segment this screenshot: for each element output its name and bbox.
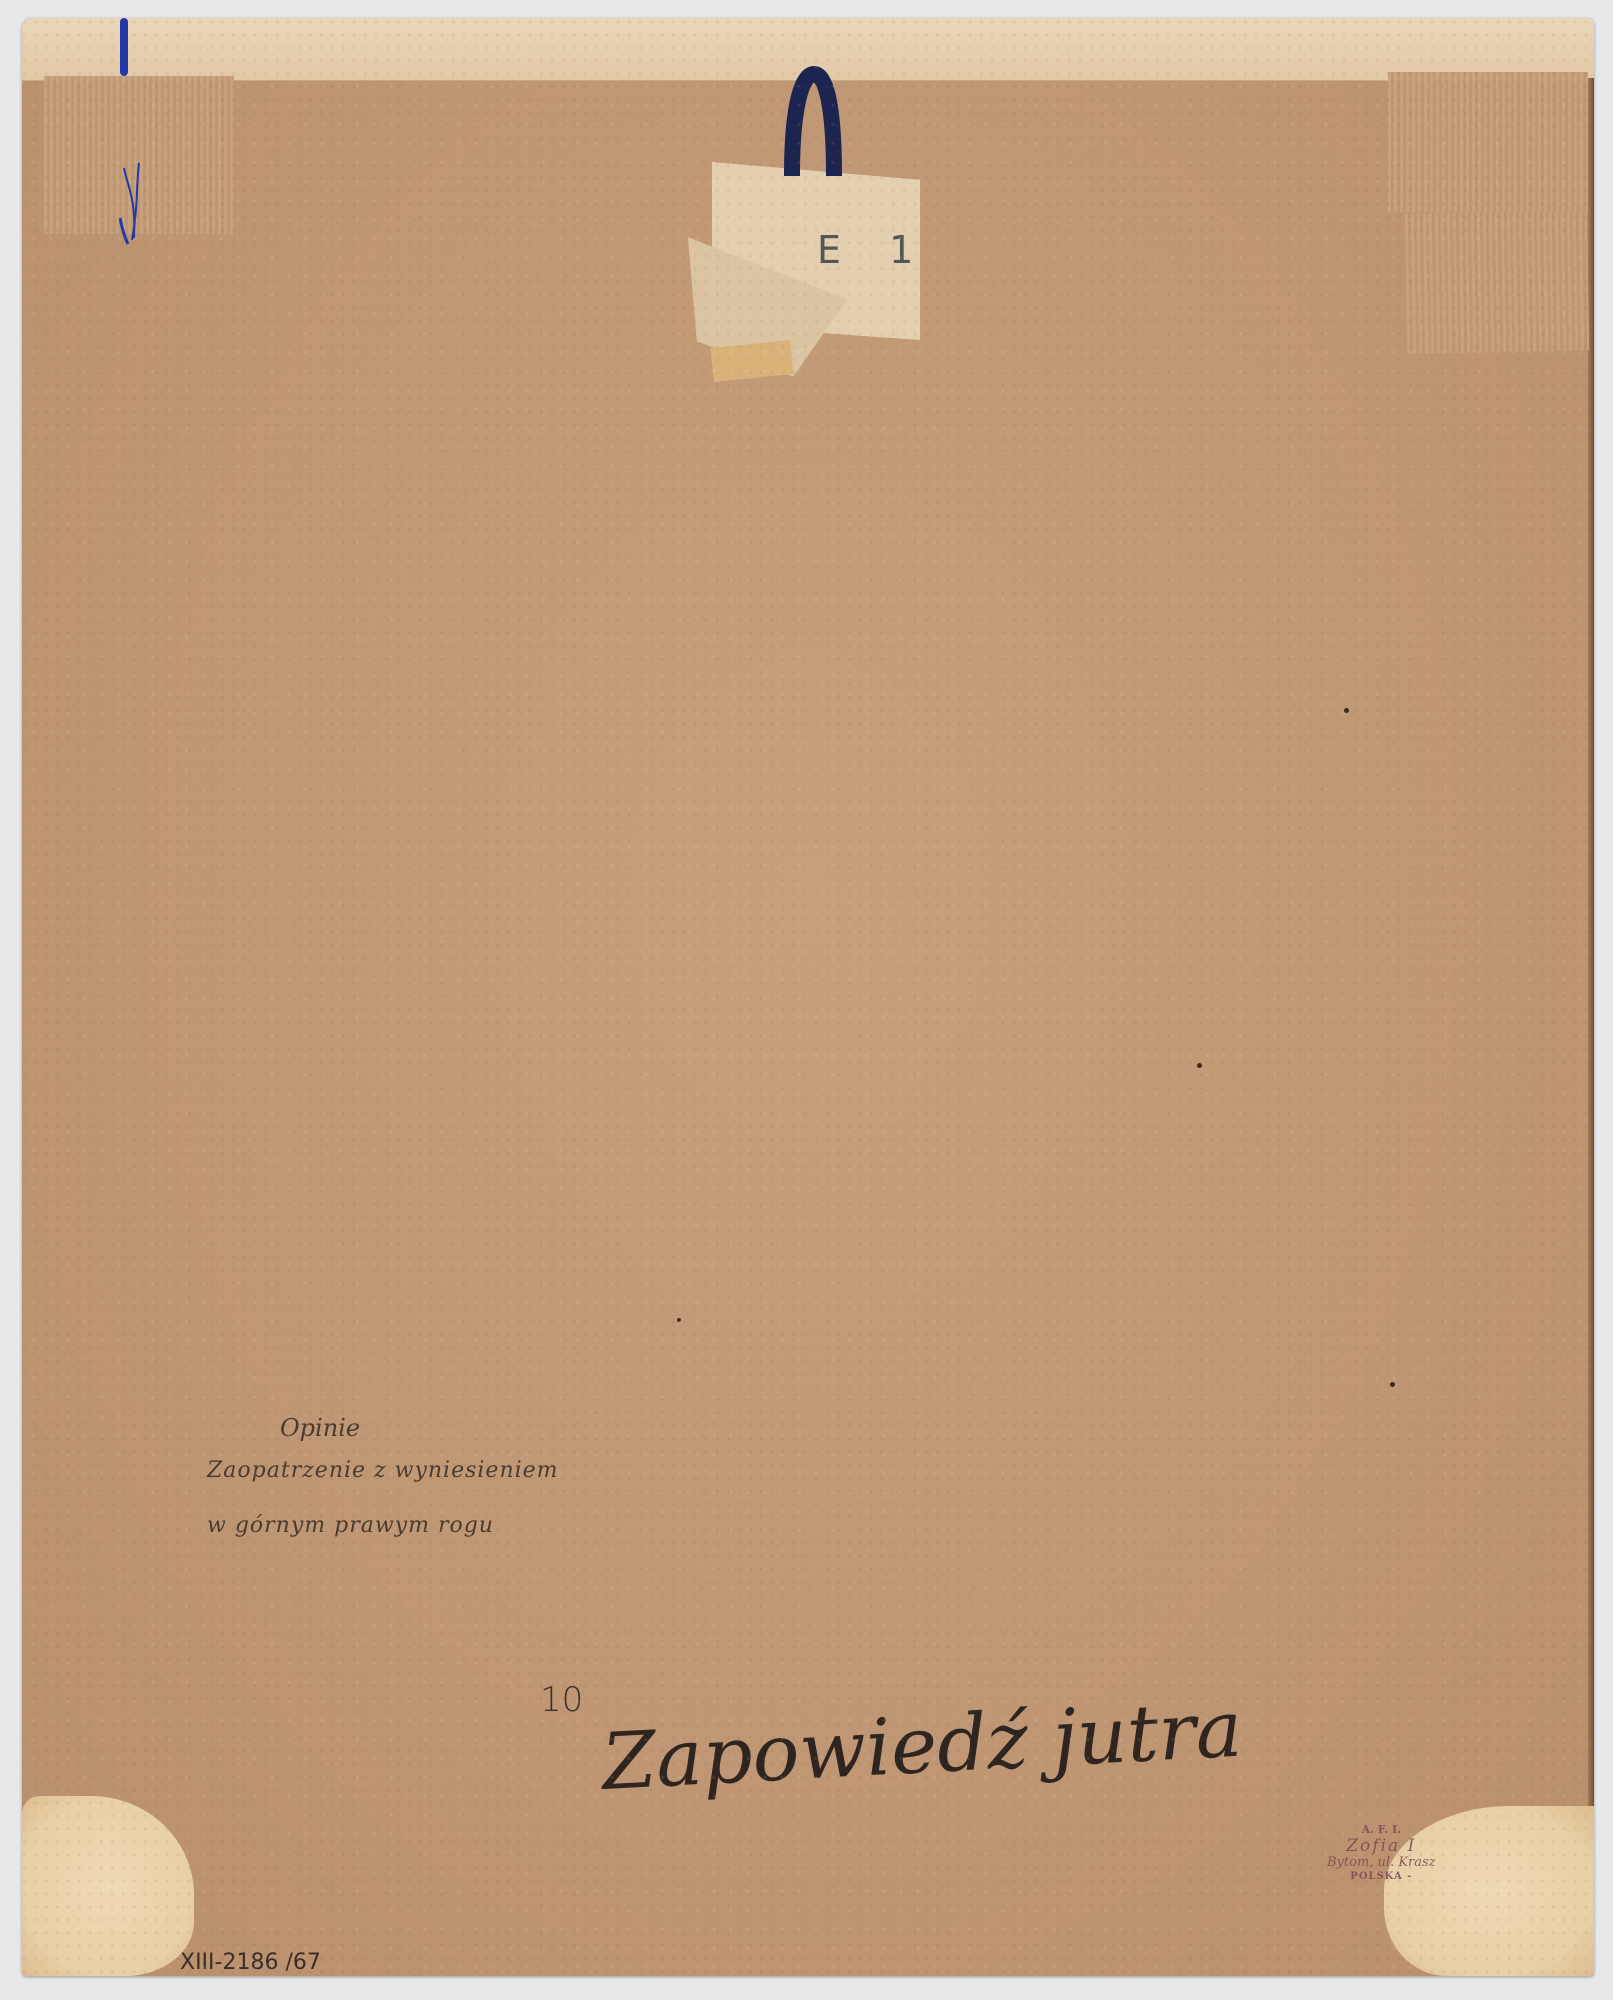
maker-stamp: A. F. I. Zofia I Bytom, ul. Krasz POLSKA… xyxy=(1327,1824,1436,1883)
paper-tape-top-right xyxy=(1388,72,1588,212)
blue-thread-icon xyxy=(120,18,128,76)
stamp-line-4: POLSKA - xyxy=(1327,1871,1436,1883)
pencil-number: 10 xyxy=(540,1680,583,1720)
board-right-edge xyxy=(1588,78,1594,1976)
speck xyxy=(1390,1382,1395,1387)
torn-paper-scrap xyxy=(710,340,793,382)
stamp-line-2: Zofia I xyxy=(1327,1837,1436,1857)
artwork-title-inscription: Zapowiedź jutra xyxy=(600,1685,1245,1808)
artwork-backboard: E 1 Opinie Zaopatrzenie z wyniesieniem w… xyxy=(22,18,1594,1976)
hanger-label-letters: E 1 xyxy=(817,228,931,272)
hanging-cord-icon xyxy=(782,66,842,176)
surface-damage-bottom-left xyxy=(22,1796,194,1976)
thread-tuft-icon xyxy=(114,158,144,248)
pencil-note-line-2: Zaopatrzenie z wyniesieniem xyxy=(207,1458,559,1483)
inventory-number: XIII-2186 /67 xyxy=(180,1950,321,1975)
pencil-note-line-3: w górnym prawym rogu xyxy=(207,1513,494,1538)
stamp-line-3: Bytom, ul. Krasz xyxy=(1327,1856,1436,1871)
speck xyxy=(677,1318,681,1322)
stamp-line-1: A. F. I. xyxy=(1327,1824,1436,1837)
paper-tape-right xyxy=(1405,210,1589,353)
pencil-note-line-1: Opinie xyxy=(280,1414,360,1442)
speck xyxy=(1344,708,1349,713)
speck xyxy=(1197,1063,1202,1068)
